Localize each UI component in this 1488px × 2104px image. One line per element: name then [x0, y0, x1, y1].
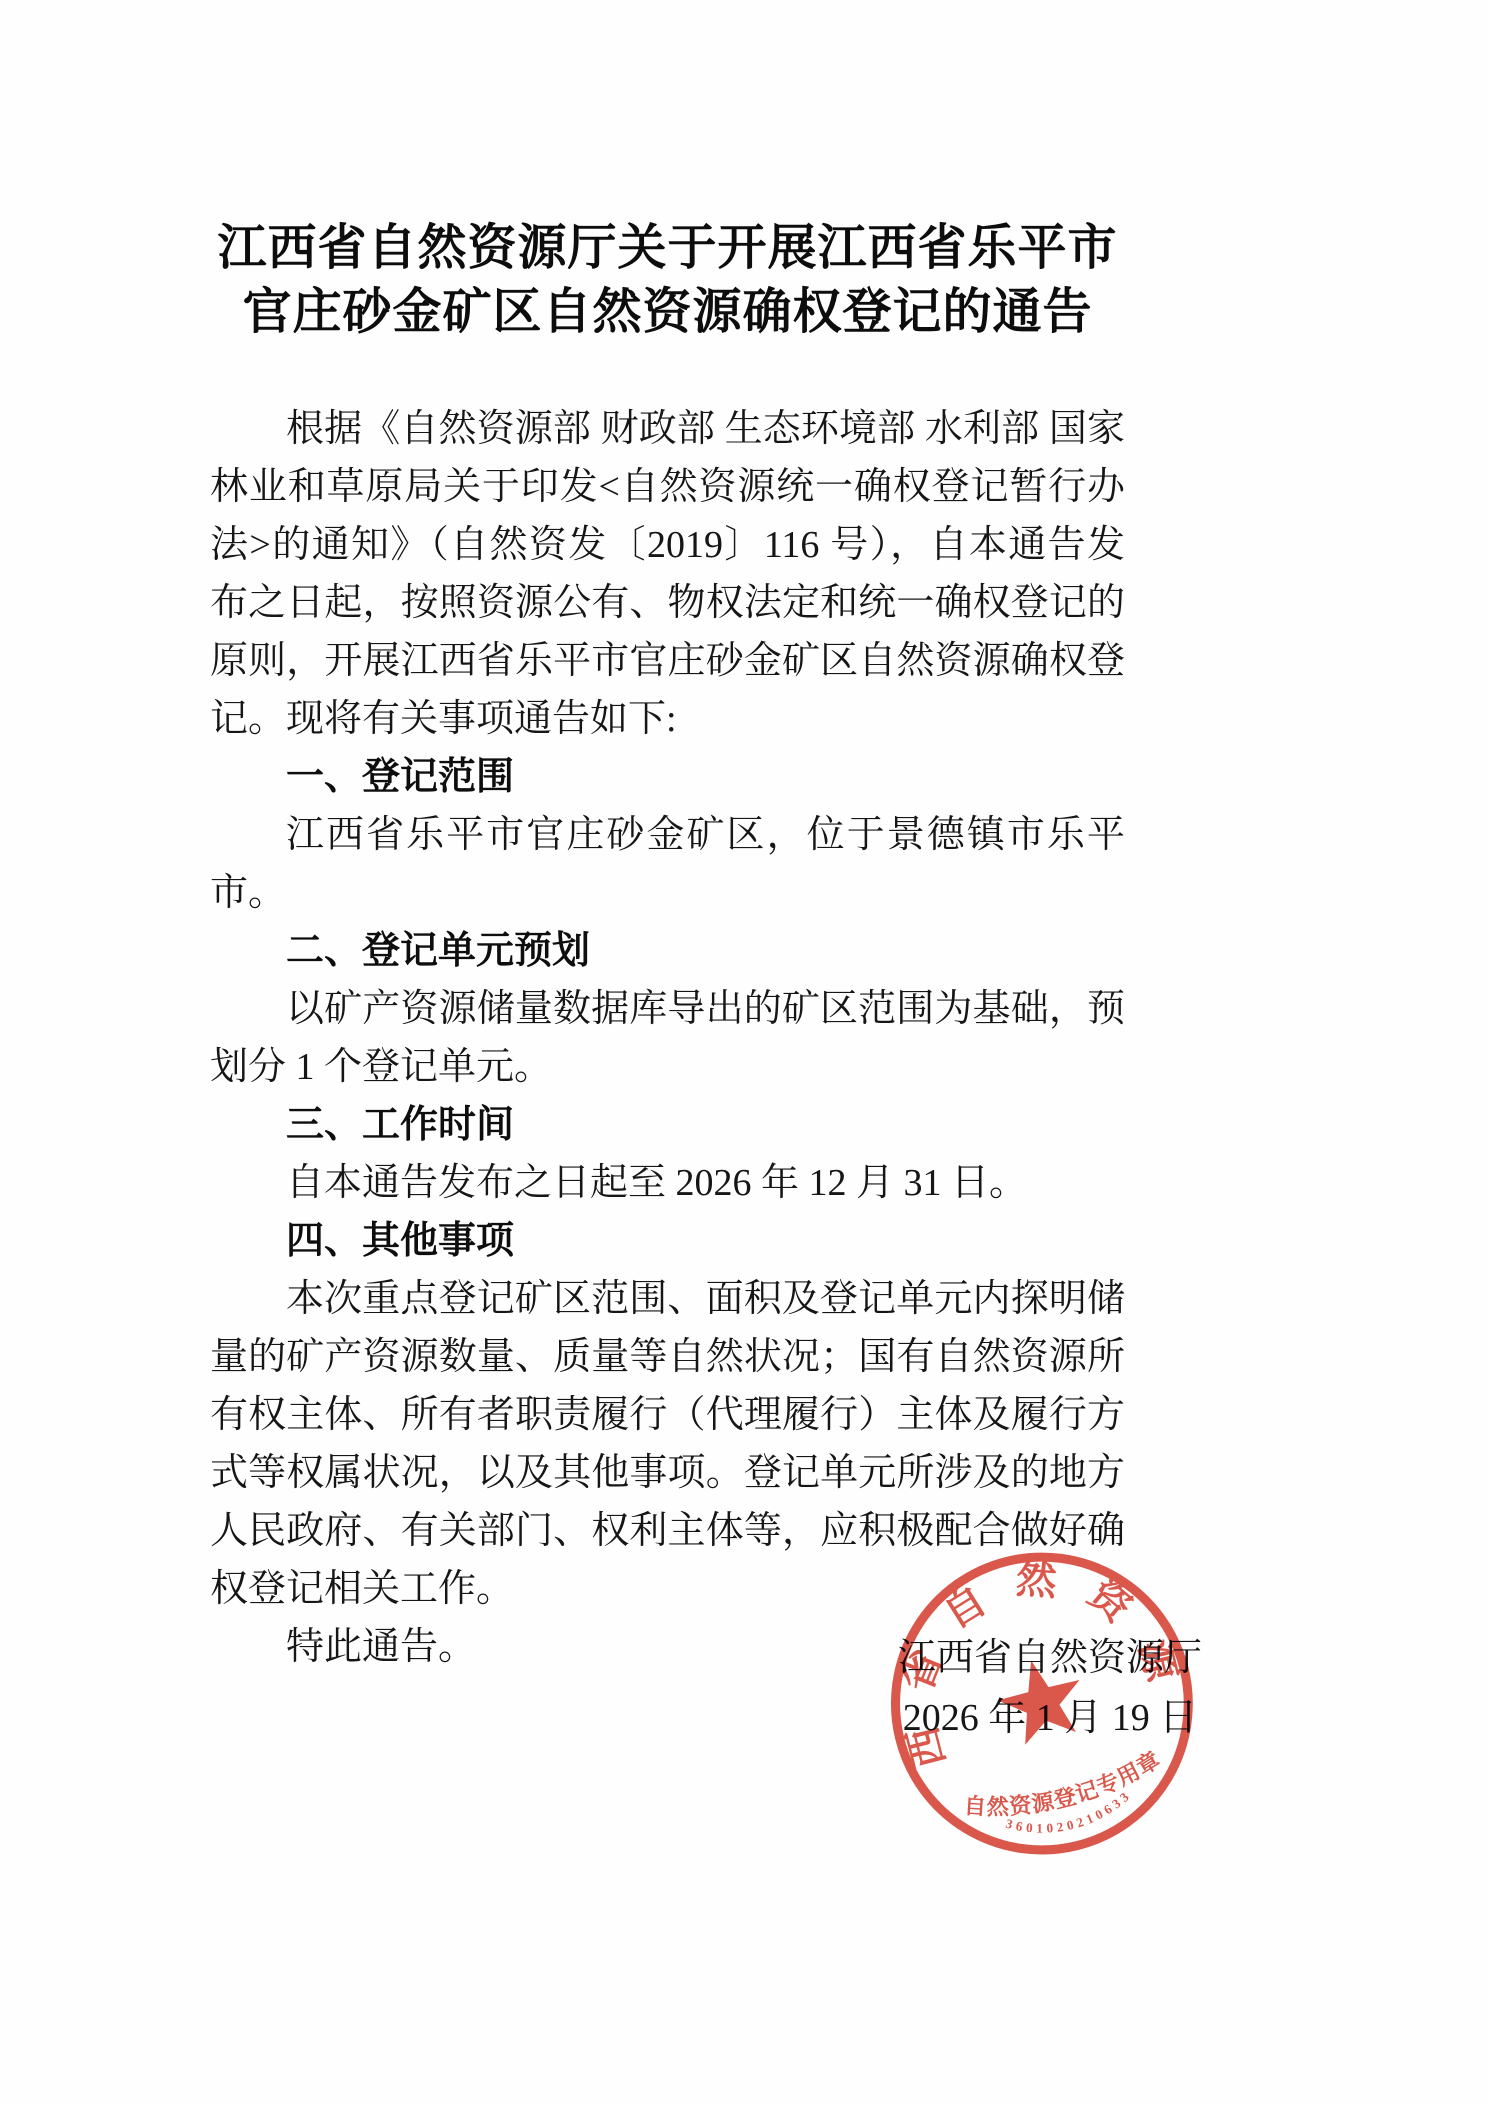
notice-document: 江西省自然资源厅关于开展江西省乐平市 官庄砂金矿区自然资源确权登记的通告 根据《… [210, 200, 1125, 1676]
star-icon [990, 1650, 1091, 1748]
notice-title-line2: 官庄砂金矿区自然资源确权登记的通告 [242, 284, 1092, 339]
document-page: 江西省自然资源厅关于开展江西省乐平市 官庄砂金矿区自然资源确权登记的通告 根据《… [0, 0, 1488, 2104]
section-1-content: 江西省乐平市官庄砂金矿区，位于景德镇市乐平市。 [210, 806, 1125, 922]
section-1-heading: 一、登记范围 [210, 748, 1125, 806]
section-2-content: 以矿产资源储量数据库导出的矿区范围为基础，预划分 1 个登记单元。 [210, 980, 1125, 1096]
notice-title-line1: 江西省自然资源厅关于开展江西省乐平市 [217, 220, 1117, 275]
notice-title: 江西省自然资源厅关于开展江西省乐平市 官庄砂金矿区自然资源确权登记的通告 [210, 200, 1125, 344]
section-3-content: 自本通告发布之日起至 2026 年 12 月 31 日。 [210, 1154, 1125, 1212]
section-2-heading: 二、登记单元预划 [210, 922, 1125, 980]
intro-paragraph: 根据《自然资源部 财政部 生态环境部 水利部 国家林业和草原局关于印发<自然资源… [210, 400, 1125, 748]
section-4-heading: 四、其他事项 [210, 1212, 1125, 1270]
section-3-heading: 三、工作时间 [210, 1096, 1125, 1154]
